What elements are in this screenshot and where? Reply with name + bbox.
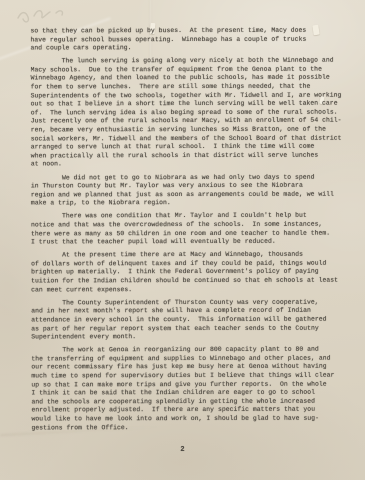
document-page: so that they can be picked up by buses. … xyxy=(0,0,365,480)
paragraph-delinquent-taxes: At the present time there are at Macy an… xyxy=(31,251,351,295)
paragraph-overcrowding: There was one condition that Mr. Taylor … xyxy=(31,212,351,247)
paragraph-buses: so that they can be picked up by buses. … xyxy=(30,27,350,54)
page-number: 2 xyxy=(0,446,365,454)
paragraph-lunch-serving: The lunch serving is going along very ni… xyxy=(31,57,351,170)
letter-body: so that they can be picked up by buses. … xyxy=(30,27,351,437)
paragraph-genoa-work: The work at Genoa in reorganizing our 80… xyxy=(31,346,351,433)
paragraph-county-superintendent: The County Superintendent of Thurston Co… xyxy=(31,298,351,342)
paragraph-niobrara-trip: We did not get to go to Niobrara as we h… xyxy=(31,173,351,208)
